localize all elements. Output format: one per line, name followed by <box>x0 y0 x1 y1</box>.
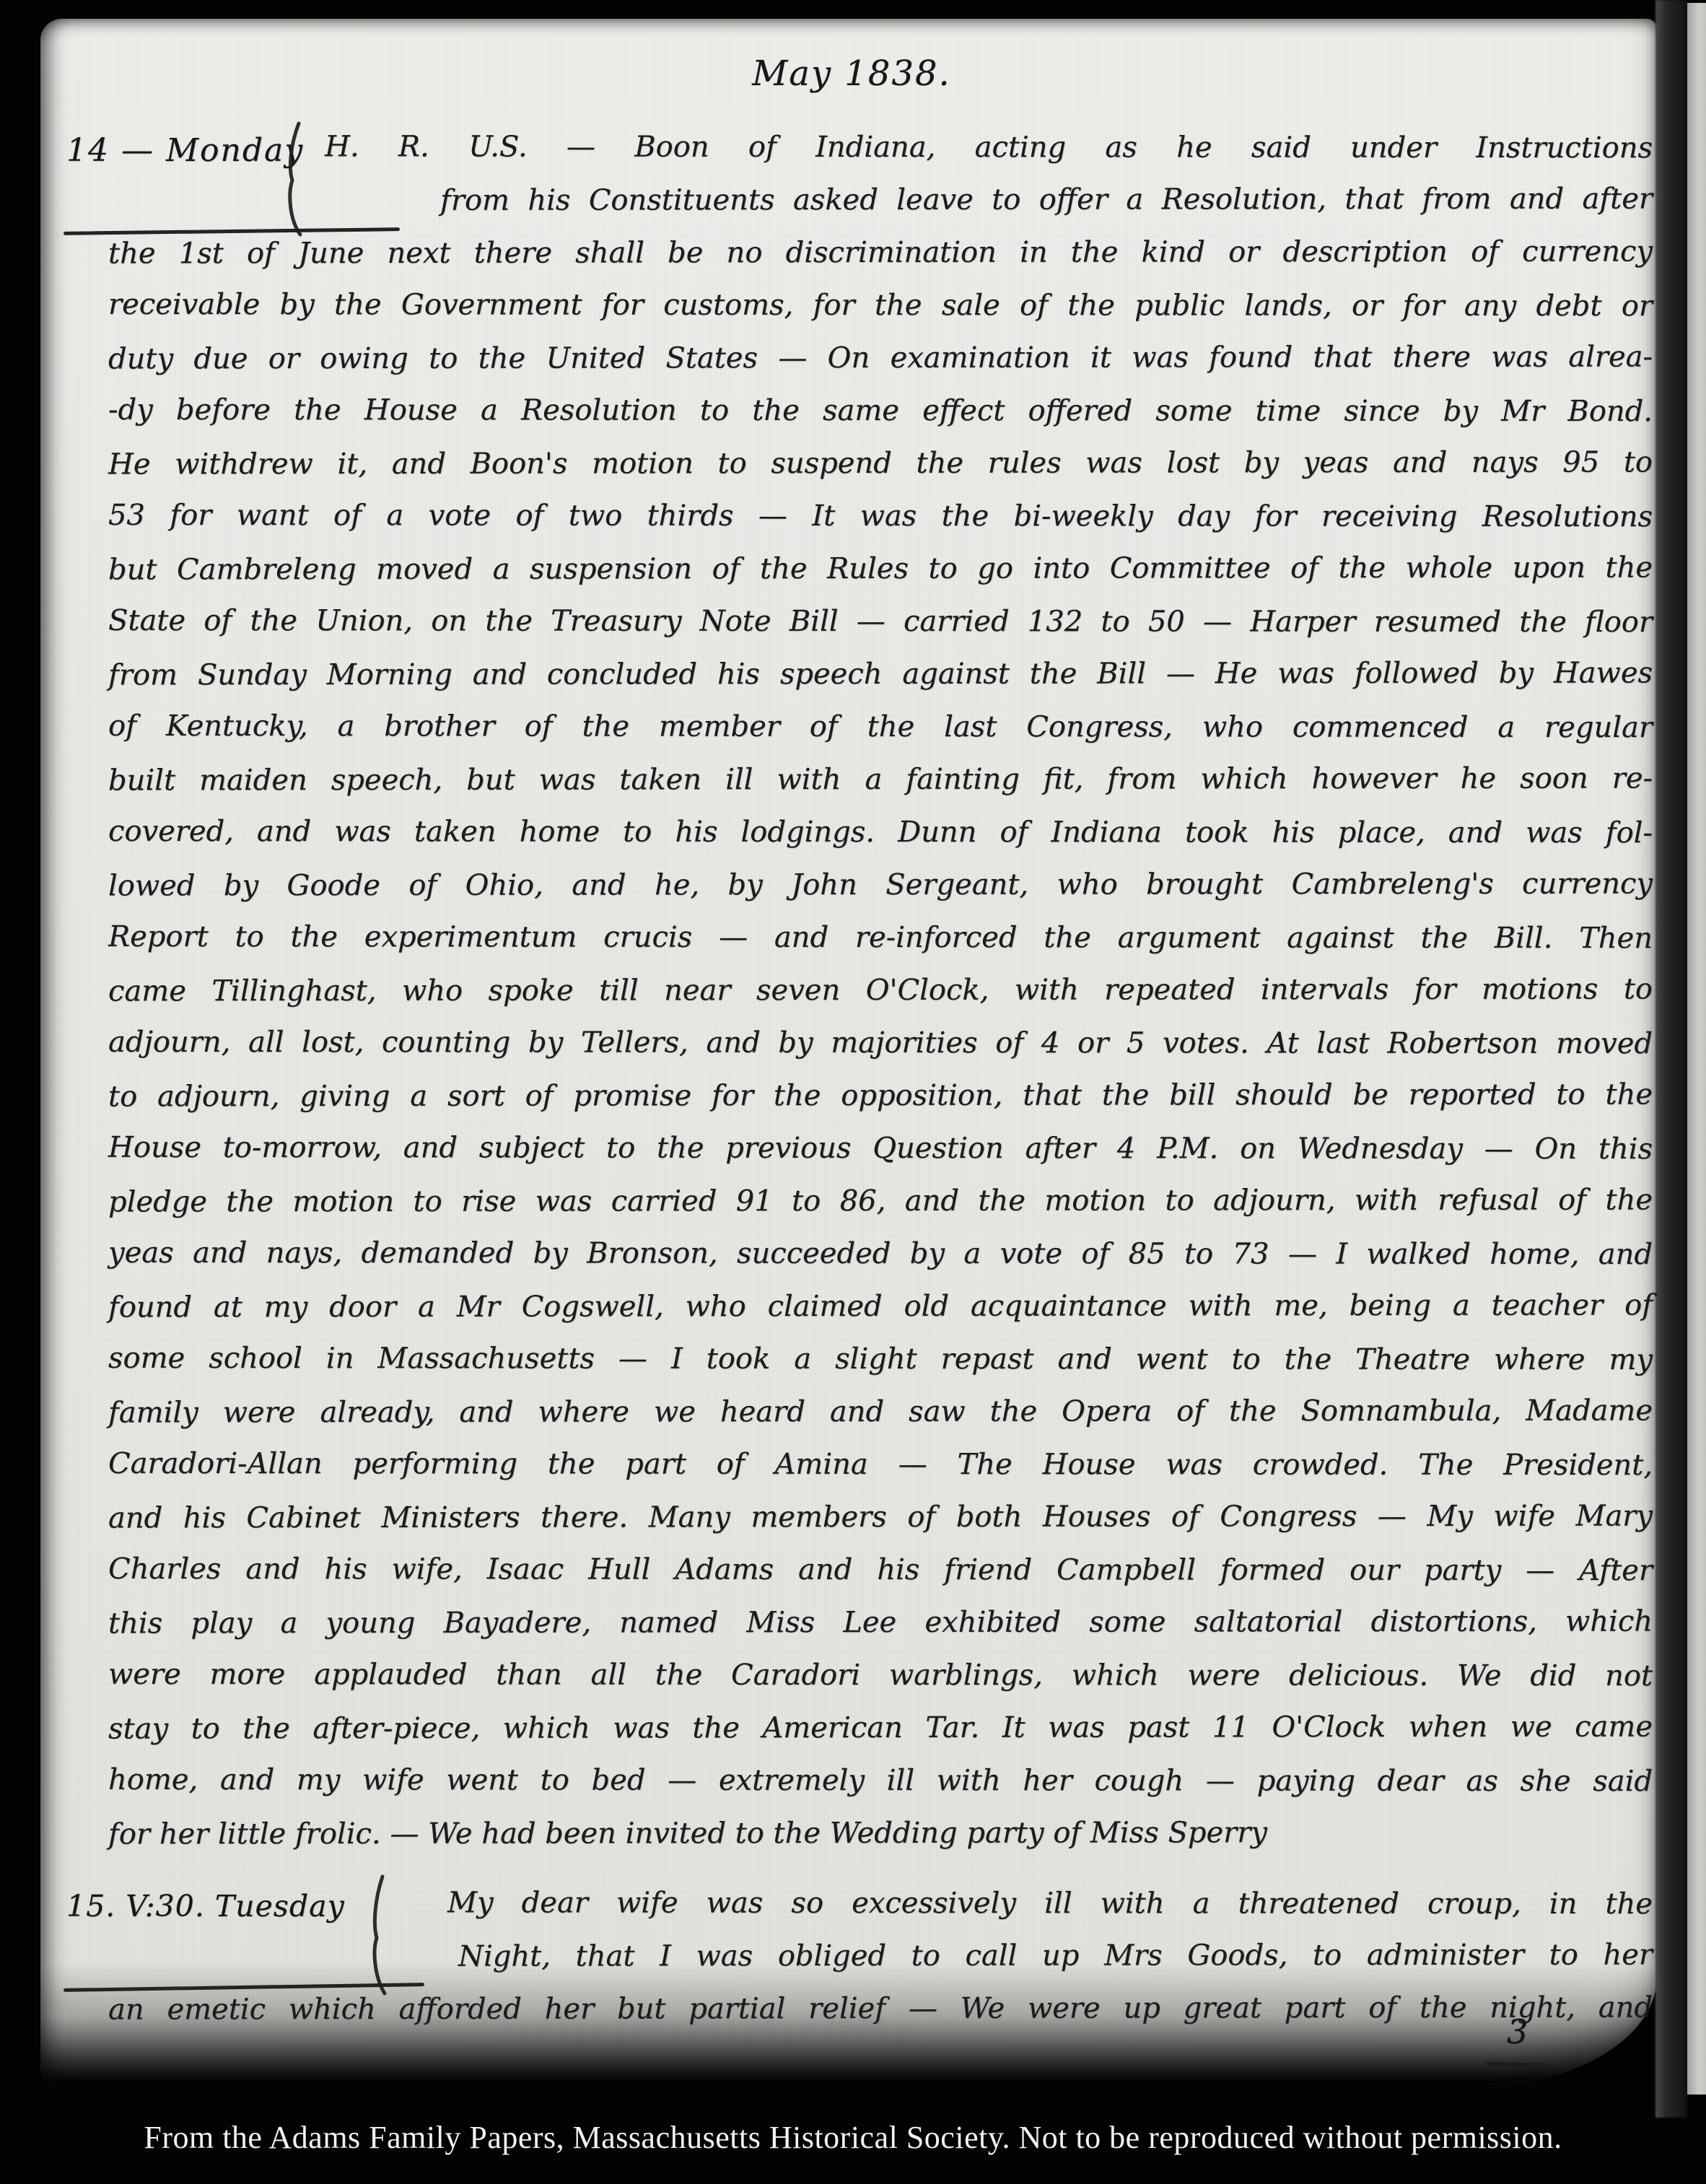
manuscript-line: this play a young Bayadere, named Miss L… <box>108 1596 1653 1651</box>
manuscript-line: some school in Massachusetts — I took a … <box>108 1332 1653 1386</box>
manuscript-line: pledge the motion to rise was carried 91… <box>108 1174 1653 1229</box>
scanned-diary-page: { "page": { "header_date": "May 1838.", … <box>0 0 1706 2184</box>
manuscript-line: family were already, and where we heard … <box>108 1385 1653 1440</box>
entry-14-body: the 1st of June next there shall be no d… <box>108 227 1653 1860</box>
spine-shadow <box>1655 0 1687 2118</box>
manuscript-line: Night, that I was obliged to call up Mrs… <box>108 1929 1653 1984</box>
page-mark: 3 <box>1507 2012 1528 2051</box>
manuscript-line: and his Cabinet Ministers there. Many me… <box>108 1490 1653 1545</box>
manuscript-line: for her little frolic. — We had been inv… <box>108 1807 1653 1861</box>
manuscript-line: but Cambreleng moved a suspension of the… <box>108 542 1653 597</box>
manuscript-line: Charles and his wife, Isaac Hull Adams a… <box>108 1543 1653 1597</box>
manuscript-line: were more applauded than all the Carador… <box>108 1648 1653 1703</box>
manuscript-line: lowed by Goode of Ohio, and he, by John … <box>108 858 1653 913</box>
manuscript-line: built maiden speech, but was taken ill w… <box>108 753 1653 808</box>
manuscript-line: home, and my wife went to bed — extremel… <box>108 1754 1653 1808</box>
manuscript-line: from Sunday Morning and concluded his sp… <box>108 647 1653 702</box>
adjacent-page-edge <box>1687 3 1706 2095</box>
manuscript-line: State of the Union, on the Treasury Note… <box>108 595 1653 649</box>
manuscript-line: Caradori-Allan performing the part of Am… <box>108 1438 1653 1492</box>
manuscript-line: found at my door a Mr Cogswell, who clai… <box>108 1280 1653 1335</box>
manuscript-line: My dear wife was so excessively ill with… <box>108 1877 1653 1931</box>
archive-caption: From the Adams Family Papers, Massachuse… <box>0 2119 1706 2156</box>
manuscript-line: adjourn, all lost, counting by Tellers, … <box>108 1016 1653 1070</box>
manuscript-line: stay to the after-piece, which was the A… <box>108 1701 1653 1756</box>
manuscript-line: H. R. U.S. — Boon of Indiana, acting as … <box>108 121 1653 175</box>
manuscript-line: receivable by the Government for customs… <box>108 279 1653 333</box>
manuscript-line: from his Constituents asked leave to off… <box>108 173 1653 228</box>
manuscript-line: an emetic which afforded her but partial… <box>108 1982 1653 2037</box>
manuscript-line: Report to the experimentum crucis — and … <box>108 911 1653 965</box>
manuscript-line: covered, and was taken home to his lodgi… <box>108 805 1653 860</box>
entry-15: 15. V:30. Tuesday My dear wife was so ex… <box>108 1877 1653 2035</box>
manuscript-line: of Kentucky, a brother of the member of … <box>108 700 1653 754</box>
manuscript-line: to adjourn, giving a sort of promise for… <box>108 1069 1653 1124</box>
manuscript-line: duty due or owing to the United States —… <box>108 331 1653 386</box>
manuscript-text: 14 — Monday H. R. U.S. — Boon of Indiana… <box>108 121 1653 2035</box>
manuscript-line: came Tillinghast, who spoke till near se… <box>108 964 1653 1018</box>
entry-15-body: an emetic which afforded her but partial… <box>108 1983 1653 2035</box>
manuscript-line: -dy before the House a Resolution to the… <box>108 384 1653 438</box>
page-header-date: May 1838. <box>621 53 1082 94</box>
manuscript-line: House to-morrow, and subject to the prev… <box>108 1122 1653 1176</box>
manuscript-line: He withdrew it, and Boon's motion to sus… <box>108 437 1653 492</box>
manuscript-line: 53 for want of a vote of two thirds — It… <box>108 489 1653 543</box>
manuscript-line: the 1st of June next there shall be no d… <box>108 226 1653 281</box>
manuscript-line: yeas and nays, demanded by Bronson, succ… <box>108 1227 1653 1281</box>
